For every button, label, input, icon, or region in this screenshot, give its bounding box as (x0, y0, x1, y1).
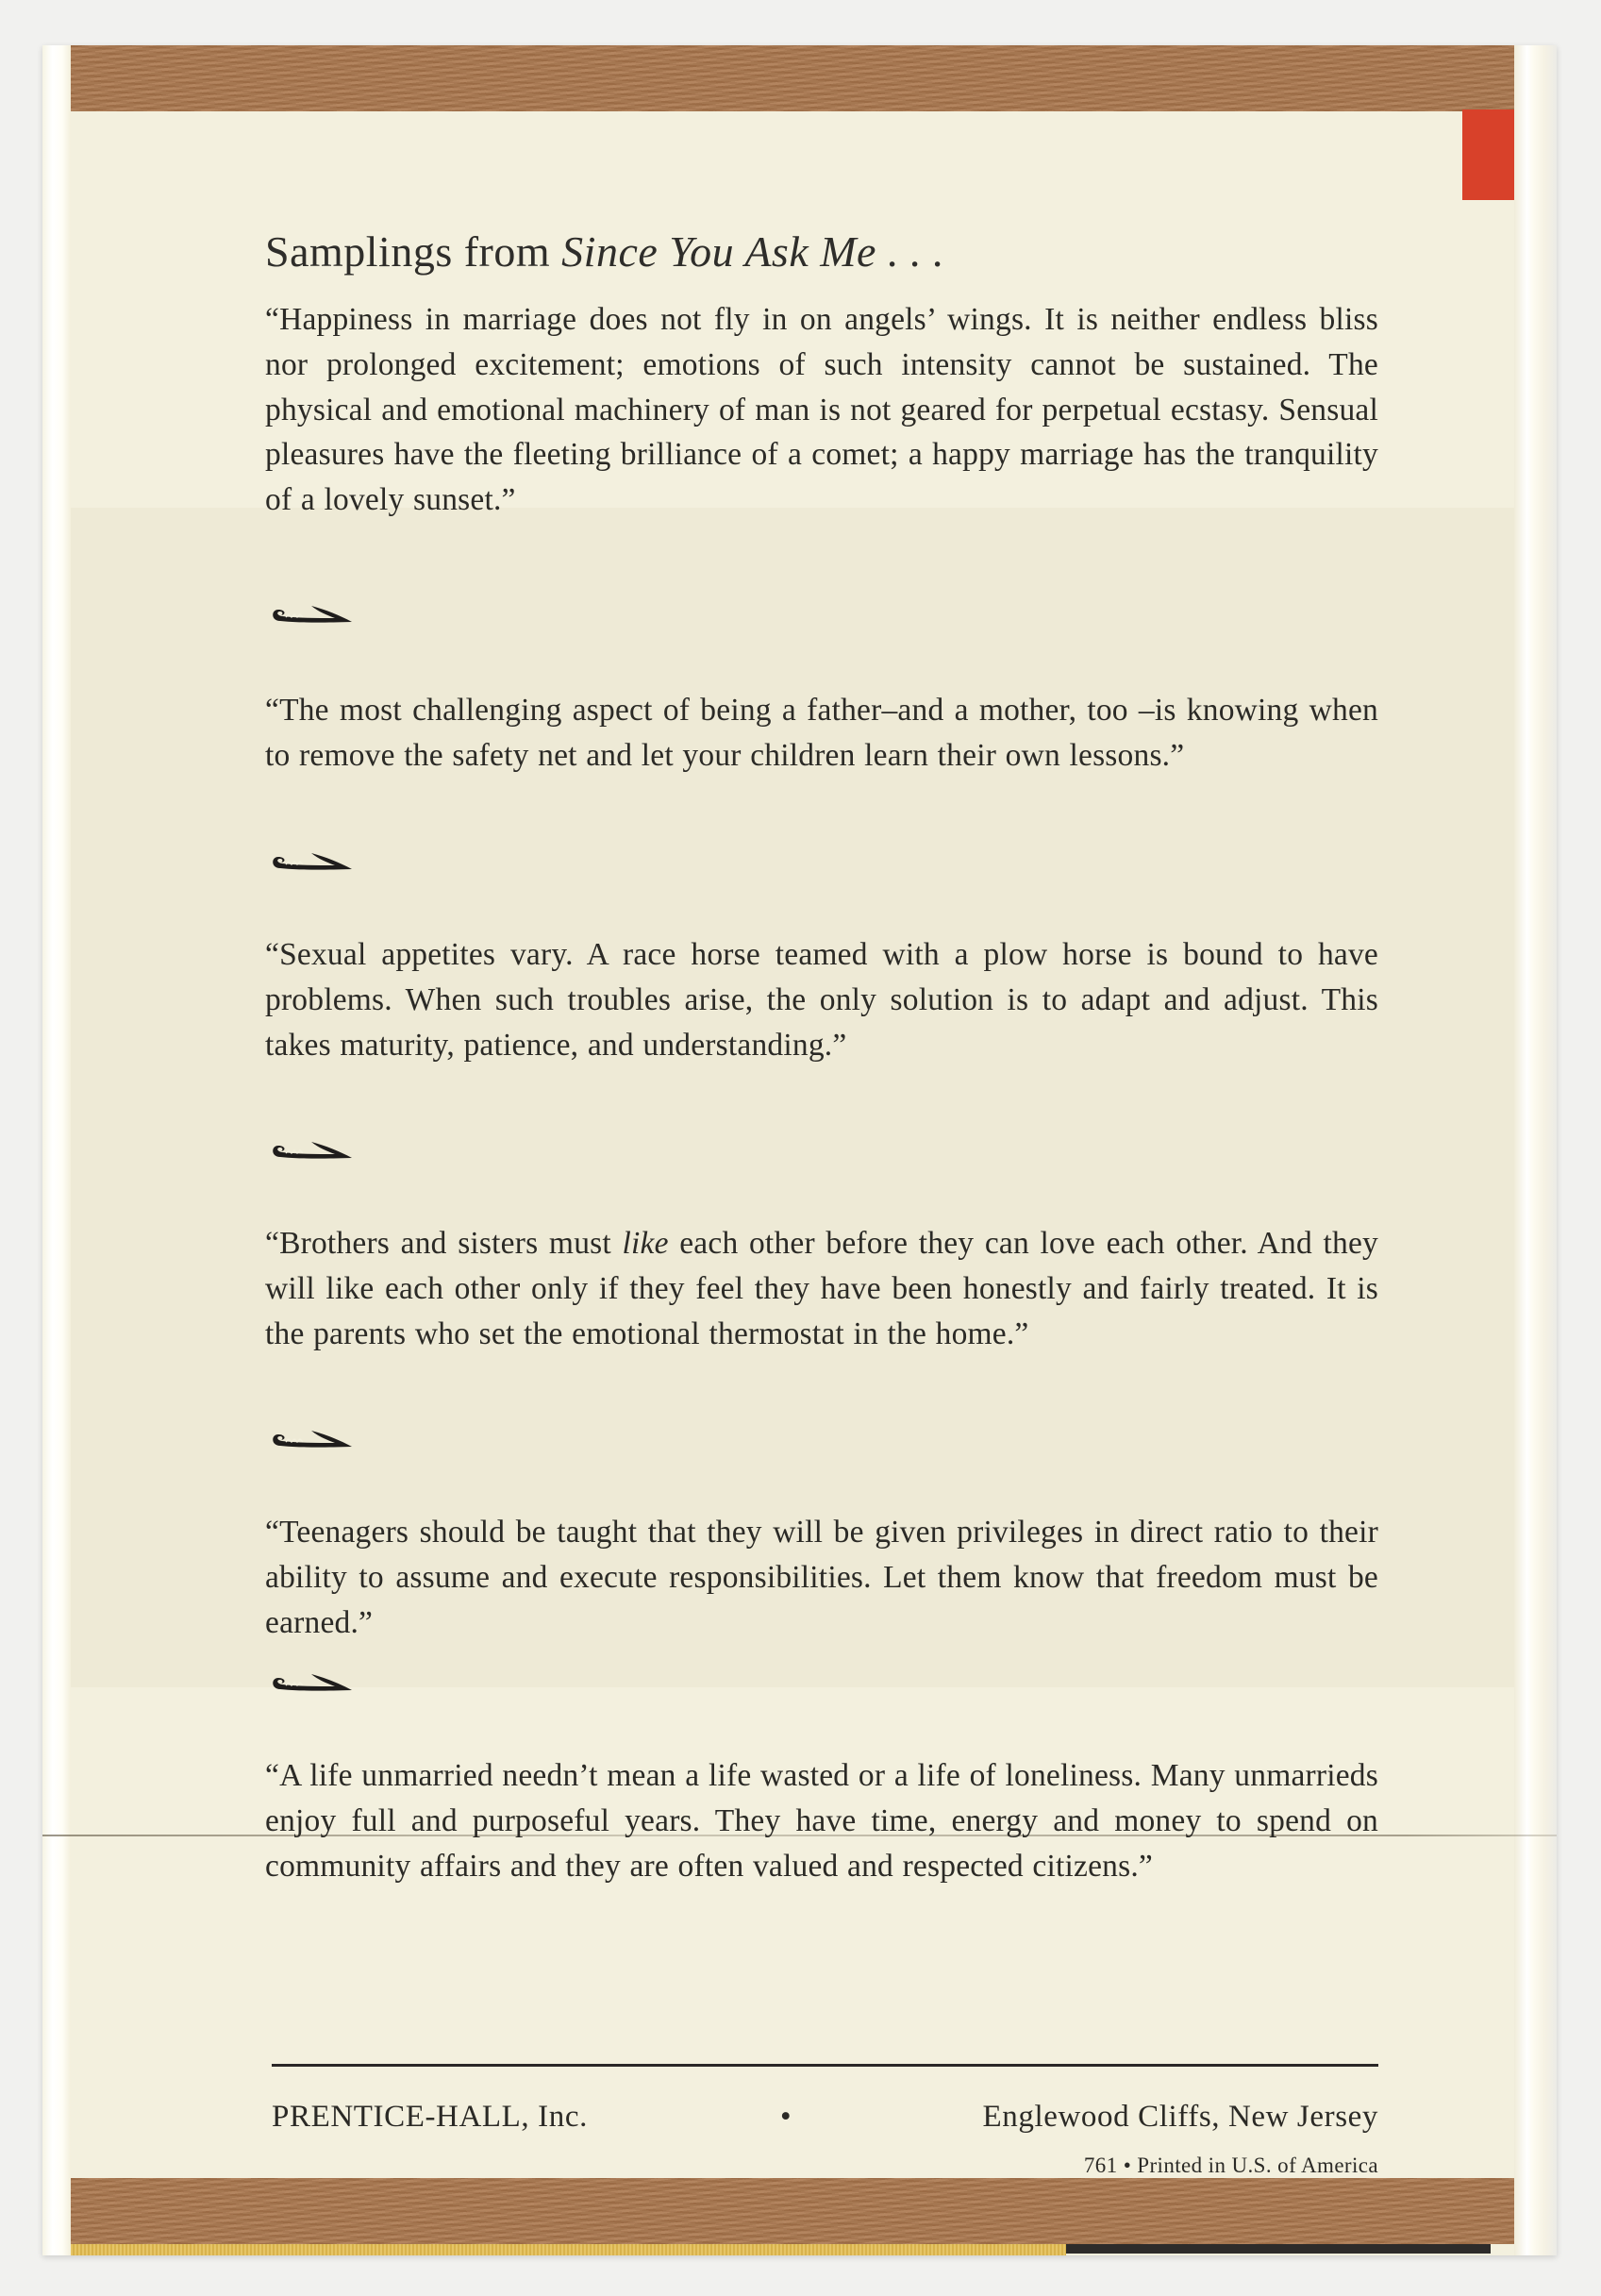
footer-bullet: • (780, 2100, 792, 2135)
section-title: Samplings from Since You Ask Me . . . (265, 226, 944, 277)
page-edge-dark (1066, 2244, 1491, 2254)
publisher-name: PRENTICE-HALL, Inc. (272, 2100, 588, 2135)
quote-6: “A life unmarried needn’t mean a life wa… (265, 1753, 1378, 1888)
scroll-flourish-icon (269, 600, 356, 627)
quote-3: “Sexual appetites vary. A race horse tea… (265, 932, 1378, 1067)
book-title: Since You Ask Me . . . (561, 227, 944, 276)
jacket-gloss-right (1514, 45, 1557, 2255)
cloth-band-bottom (42, 2178, 1514, 2244)
cloth-band-top (42, 45, 1514, 111)
quote-5: “Teenagers should be taught that they wi… (265, 1510, 1378, 1645)
footer-rule (272, 2064, 1378, 2067)
title-prefix: Samplings from (265, 227, 561, 276)
scroll-flourish-icon (269, 1668, 356, 1695)
book-back-cover: Samplings from Since You Ask Me . . . “H… (42, 45, 1557, 2255)
printed-line: 761 • Printed in U.S. of America (1084, 2154, 1378, 2178)
quote-2: “The most challenging aspect of being a … (265, 688, 1378, 779)
scroll-flourish-icon (269, 1425, 356, 1451)
publisher-location: Englewood Cliffs, New Jersey (983, 2100, 1378, 2135)
red-spine-tab (1462, 109, 1517, 200)
scroll-flourish-icon (269, 847, 356, 874)
page-edge-gilt (61, 2244, 1066, 2255)
jacket-gloss-left (42, 45, 71, 2255)
quote-4: “Brothers and sisters must like each oth… (265, 1221, 1378, 1356)
quote-1: “Happiness in marriage does not fly in o… (265, 297, 1378, 523)
scroll-flourish-icon (269, 1136, 356, 1163)
